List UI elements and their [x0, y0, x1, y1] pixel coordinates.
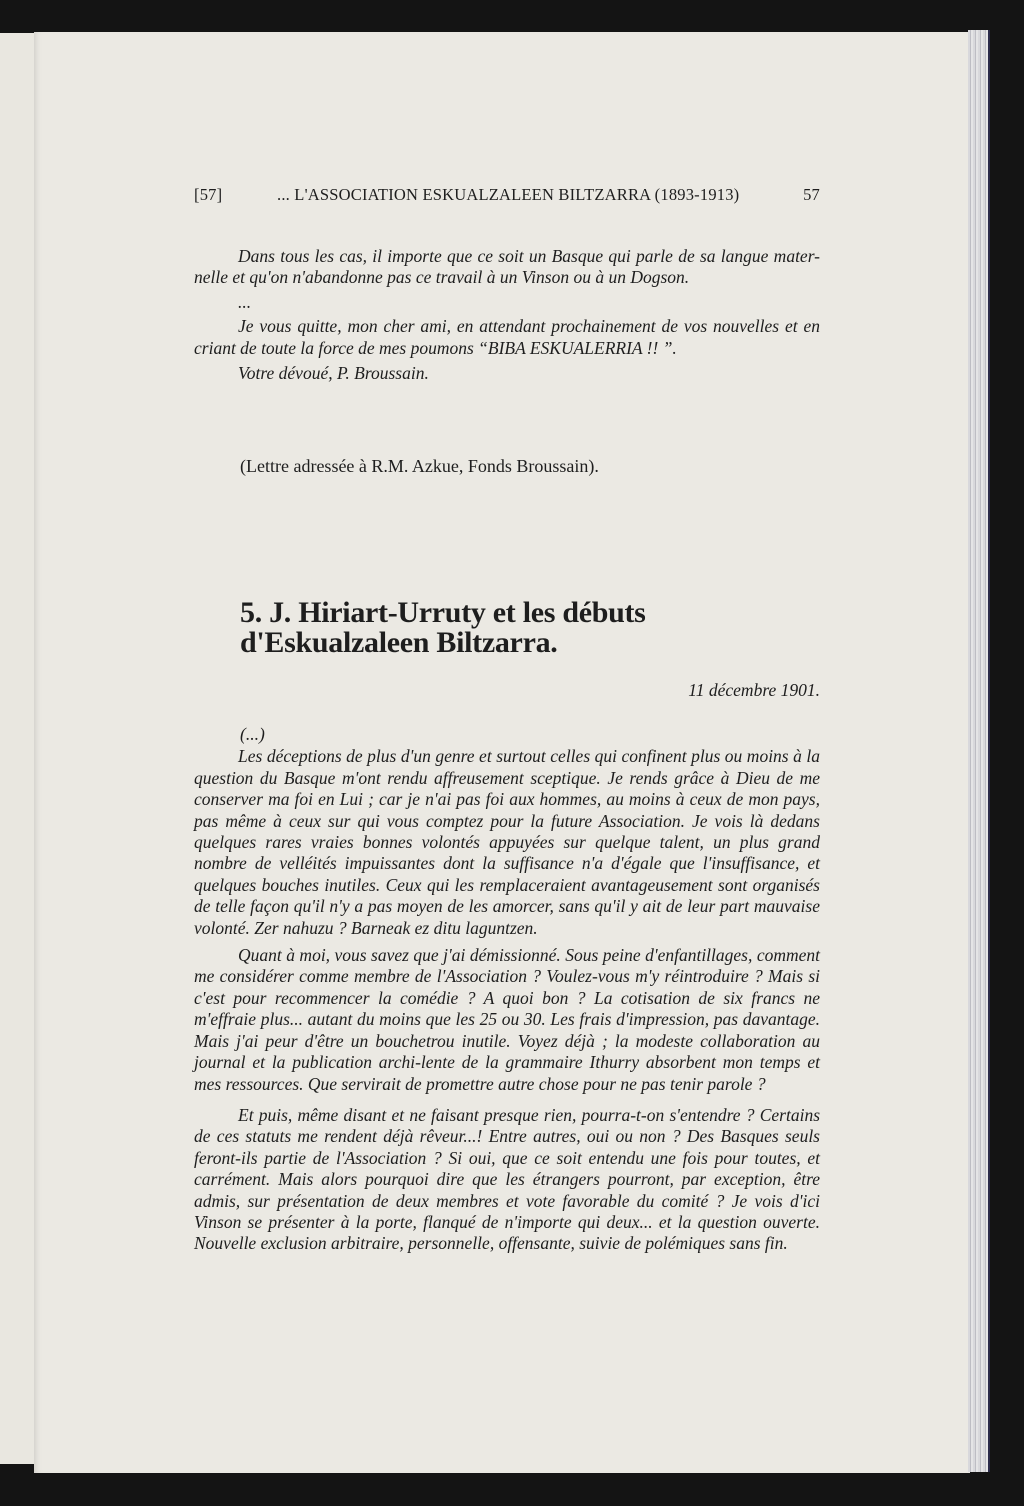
section-body: (...) Les déceptions de plus d'un genre …	[194, 724, 820, 1255]
letter-excerpt: Dans tous les cas, il importe que ce soi…	[194, 246, 820, 384]
ellipsis: ...	[194, 292, 820, 313]
page-number: 57	[803, 185, 820, 205]
section-heading-line-2: d'Eskualzaleen Biltzarra.	[240, 628, 800, 658]
body-paragraph: Et puis, même disant et ne faisant presq…	[194, 1105, 820, 1255]
source-note: (Lettre adressée à R.M. Azkue, Fonds Bro…	[240, 456, 599, 477]
letter-paragraph-1-line-1: Dans tous les cas, il importe que ce soi…	[194, 246, 820, 267]
letter-paragraph-2-line-1: Je vous quitte, mon cher ami, en attenda…	[194, 316, 820, 337]
signature: Votre dévoué, P. Broussain.	[194, 363, 820, 384]
letter-paragraph-2-line-2: criant de toute la force de mes poumons …	[194, 338, 820, 359]
section-heading-line-1: 5. J. Hiriart-Urruty et les débuts	[240, 598, 800, 628]
letter-date: 11 décembre 1901.	[688, 680, 820, 701]
letter-paragraph-1-line-2: nelle et qu'on n'abandonne pas ce travai…	[194, 267, 820, 288]
page-reference: [57]	[194, 185, 222, 205]
running-header: [57] ... L'ASSOCIATION ESKUALZALEEN BILT…	[194, 185, 820, 209]
running-title: ... L'ASSOCIATION ESKUALZALEEN BILTZARRA…	[277, 185, 739, 205]
body-paragraph: Les déceptions de plus d'un genre et sur…	[194, 746, 820, 939]
body-paragraph: Quant à moi, vous savez que j'ai démissi…	[194, 945, 820, 1095]
section-heading: 5. J. Hiriart-Urruty et les débuts d'Esk…	[240, 598, 800, 658]
page-stack-edge	[968, 30, 990, 1472]
omission-mark: (...)	[194, 724, 820, 745]
